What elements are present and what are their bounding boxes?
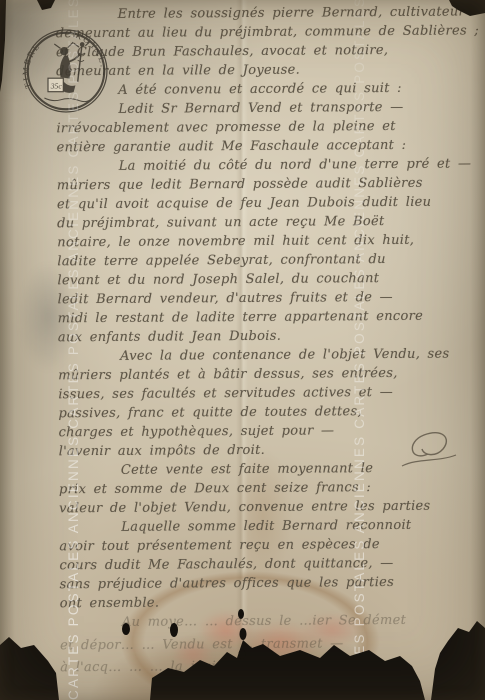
manuscript-line: A été convenu et accordé ce qui suit :	[118, 80, 485, 99]
manuscript-line: demeurant au lieu du préjimbrat, commune…	[56, 23, 474, 42]
manuscript-line: Entre les soussignés pierre Bernard, cul…	[118, 4, 485, 23]
watermark-left: CARTES POSTALES ANCIENNES CARTES POSTALE…	[66, 0, 90, 700]
manuscript-line: demeurant en la ville de Joyeuse.	[56, 61, 474, 80]
manuscript-line: avoir tout présentement reçu en espèces …	[59, 536, 477, 555]
manuscript-line: aux enfants dudit Jean Dubois.	[58, 327, 476, 346]
manuscript-line: ont ensemble.	[60, 593, 478, 612]
manuscript-line: à l'acq… … … la jouissance	[60, 657, 478, 676]
manuscript-line: mûriers que ledit Bernard possède audit …	[57, 175, 475, 194]
manuscript-line: et Claude Brun Faschaules, avocat et not…	[56, 42, 474, 61]
manuscript-line: La moitié du côté du nord d'une terre pr…	[119, 156, 485, 175]
manuscript-line: passives, franc et quitte de toutes dett…	[58, 403, 476, 422]
manuscript-line: issues, ses facultés et servitudes activ…	[58, 384, 476, 403]
manuscript-line: et dépor… … Vendu est … transmet —	[60, 635, 478, 654]
manuscript-line: midi le restant de ladite terre apparten…	[58, 308, 476, 327]
manuscript-line: prix et somme de Deux cent seize francs …	[59, 479, 477, 498]
manuscript-page: Entre les soussignés pierre Bernard, cul…	[0, 0, 485, 700]
stamp-denomination: 35c	[50, 82, 63, 91]
manuscript-line: Laquelle somme ledit Bernard reconnoit	[121, 517, 485, 536]
manuscript-line: valeur de l'objet Vendu, convenue entre …	[59, 498, 477, 517]
watermark-right: CARTES POSTALES ANCIENNES CARTES POSTALE…	[352, 0, 376, 700]
manuscript-line: du préjimbrat, suivant un acte reçu Me B…	[57, 213, 475, 232]
manuscript-line: sans préjudice d'autres offices que les …	[60, 574, 478, 593]
stamp-denomination-block: 35c	[48, 78, 63, 92]
manuscript-line: Avec la due contenance de l'objet Vendu,…	[120, 346, 485, 365]
manuscript-line: notaire, le onze novembre mil huit cent …	[57, 232, 475, 251]
manuscript-line: entière garantie audit Me Faschaule acce…	[57, 137, 475, 156]
manuscript-line: mûriers plantés et à bâtir dessus, ses e…	[58, 365, 476, 384]
manuscript-line: et qu'il avoit acquise de feu Jean Duboi…	[57, 194, 475, 213]
manuscript-line: irrévocablement avec promesse de la plei…	[56, 118, 474, 137]
manuscript-line: levant et du nord Joseph Salel, du couch…	[57, 270, 475, 289]
manuscript-line: Ledit Sr Bernard Vend et transporte —	[118, 99, 485, 118]
manuscript-line: cours dudit Me Faschaulés, dont quittanc…	[59, 555, 477, 574]
manuscript-line: ladite terre appelée Sebeyrat, confronta…	[57, 251, 475, 270]
paraph-flourish-icon	[398, 424, 460, 472]
manuscript-line: Au moye… … dessus le …ier Se démet	[122, 612, 485, 631]
manuscript-line: ledit Bernard vendeur, d'autres fruits e…	[58, 289, 476, 308]
